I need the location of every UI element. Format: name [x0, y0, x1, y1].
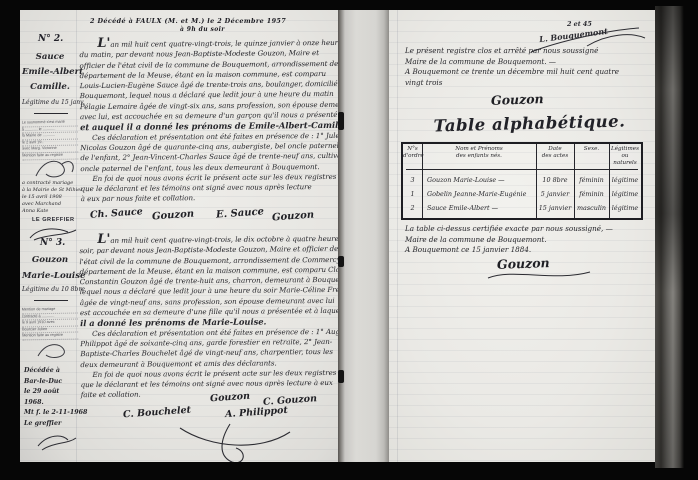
marriage-mention-stamp-act2: Le susnommé s'est mariéà ............ le… [22, 120, 79, 161]
act3-margin-legitime: Légitime du 10 8bre [22, 286, 85, 293]
header-line-1: N°s [403, 146, 422, 153]
closure-signature: Gouzon [491, 91, 544, 108]
cell-order-number: 1 [403, 190, 422, 198]
header-line-1: Sexe. [574, 146, 609, 153]
signature-act2-2: Gouzon [152, 209, 195, 223]
cell-sex: féminin [574, 176, 609, 184]
act3-margin-name-line: Gouzon [22, 252, 78, 268]
closure-line: Le présent registre clos et arrêté par n… [405, 46, 649, 57]
header-line-2: des actes [536, 153, 574, 160]
death-annotation-act2: 2 Décédé à FAULX (M. et M.) le 2 Décembr… [90, 17, 286, 25]
signature-flourish-large [170, 422, 300, 462]
alphabetical-table: N°s d'ordre Nom et Prénoms des enfants n… [401, 142, 643, 220]
table-header-cell: Nom et Prénoms des enfants nés. [422, 146, 536, 168]
register-closure-statement: Le présent registre clos et arrêté par n… [405, 46, 649, 88]
marriage-note-line: avec Marchand [22, 201, 80, 208]
cell-legitimacy: légitime [609, 176, 641, 184]
binding-stitch [338, 112, 344, 130]
death-note-line: Le greffier [24, 419, 82, 430]
table-title: Table alphabétique. [427, 111, 632, 135]
act2-body: L'an mil huit cent quatre-vingt-trois, l… [79, 37, 340, 205]
act-line: à eux par nous faite et collation. [81, 192, 340, 205]
cell-act-date: 15 janvier [536, 204, 574, 212]
table-header-cell: Légitimes ou naturels [609, 146, 641, 168]
death-annotation-line2: à 9h du soir [180, 26, 225, 33]
cell-child-name: Gobelin Jeanne-Marie-Eugénie [422, 190, 536, 198]
cell-sex: féminin [574, 190, 609, 198]
act3-margin-number: N° 3. [40, 238, 65, 248]
marriage-note-act2: a contracté mariageà la Mairie de St Mih… [22, 180, 80, 215]
act2-margin-name-line: Camille. [22, 80, 78, 95]
signature-act3-1: Gouzon [210, 391, 251, 405]
death-note-line: Décédée à [24, 366, 82, 377]
marriage-mention-stamp-act3: Mention de mariagecontracté à ..........… [22, 307, 79, 341]
signature-underline-flourish [484, 266, 594, 284]
cell-order-number: 3 [403, 176, 422, 184]
header-line-1: Légitimes [609, 146, 641, 153]
death-annotation-line1: Décédé à FAULX (M. et M.) le 2 Décembre … [97, 17, 286, 25]
left-page: 2 Décédé à FAULX (M. et M.) le 2 Décembr… [20, 10, 340, 462]
signature-act3-3: C. Bouchelet [123, 405, 192, 421]
table-row: 1 Gobelin Jeanne-Marie-Eugénie 5 janvier… [403, 187, 641, 201]
act2-margin-names: SauceEmile-AlbertCamille. [22, 50, 78, 95]
closure-line: Maire de la commune de Bouquemont. — [405, 57, 649, 68]
signature-act2-4: Gouzon [272, 210, 315, 224]
table-header-cell: N°s d'ordre [403, 146, 422, 168]
margin-underline [34, 113, 68, 114]
act2-margin-name-line: Sauce [22, 50, 78, 65]
greffier-label: LE GREFFIER [32, 217, 74, 223]
closure-line: A Bouquemont ce trente un décembre mil h… [405, 67, 649, 78]
death-note-line: Mt f. le 2-11-1968 [24, 408, 82, 419]
header-line-1: Date [536, 146, 574, 153]
death-note-signature-flourish [34, 430, 78, 454]
certification-line: Maire de la commune de Bouquemont. [405, 235, 649, 246]
closure-line: vingt trois [405, 78, 649, 89]
death-note-act3: Décédée àBar-le-Ducle 29 août1968.Mt f. … [24, 366, 82, 429]
act2-margin-name-line: Emile-Albert [22, 65, 78, 80]
marriage-note-line: à la Mairie de St Mihiel [22, 187, 80, 194]
act3-margin-name-line: Marie-Louise [22, 268, 78, 284]
cell-act-date: 5 janvier [536, 190, 574, 198]
cell-act-date: 10 8bre [536, 176, 574, 184]
table-row: 3 Gouzon Marie-Louise — 10 8bre féminin … [403, 173, 641, 187]
act2-margin-number: N° 2. [38, 34, 63, 44]
binding-strip [655, 6, 684, 468]
cell-legitimacy: légitime [609, 190, 641, 198]
marriage-note-line: a contracté mariage [22, 180, 80, 187]
death-note-line: le 29 août [24, 387, 82, 398]
signature-act2-3: E. Sauce [216, 206, 265, 220]
death-annotation-prefix: 2 [90, 17, 95, 25]
margin-rule [397, 10, 398, 462]
table-row: 2 Sauce Emile-Albert — 15 janvier mascul… [403, 201, 641, 215]
scanned-register-spread: 2 Décédé à FAULX (M. et M.) le 2 Décembr… [0, 0, 698, 480]
header-line-2: d'ordre [403, 153, 422, 160]
act3-margin-names: GouzonMarie-Louise [22, 252, 78, 284]
table-body: 3 Gouzon Marie-Louise — 10 8bre féminin … [403, 173, 641, 215]
certification-line: A Bouquemont ce 15 janvier 1884. [405, 245, 649, 256]
cell-sex: masculin [574, 204, 609, 212]
right-page: 2 et 45 L. Bouquemont Le présent registr… [389, 10, 656, 462]
marriage-note-line: le 15 avril 1908 [22, 194, 80, 201]
certification-line: La table ci-dessus certifiée exacte par … [405, 224, 649, 235]
binding-stitch [338, 256, 344, 267]
paraph-flourish [36, 340, 76, 362]
cell-order-number: 2 [403, 204, 422, 212]
cell-child-name: Sauce Emile-Albert — [422, 204, 536, 212]
marriage-note-line: Anna Kate [22, 208, 80, 215]
table-header-cell: Sexe. [574, 146, 609, 168]
death-note-line: Bar-le-Duc [24, 377, 82, 388]
table-header-row: N°s d'ordre Nom et Prénoms des enfants n… [403, 146, 641, 168]
table-certification-statement: La table ci-dessus certifiée exacte par … [405, 224, 649, 256]
death-note-line: 1968. [24, 398, 82, 409]
act3-body: L'an mil huit cent quatre-vingt-trois, l… [79, 233, 340, 401]
header-line-2: des enfants nés. [422, 153, 536, 160]
signature-act3-4: A. Philippot [225, 405, 288, 420]
act2-margin-legitime: Légitime du 15 janv. [22, 99, 85, 106]
cell-legitimacy: légitime [609, 204, 641, 212]
binding-stitch [338, 370, 344, 383]
cell-child-name: Gouzon Marie-Louise — [422, 176, 536, 184]
margin-underline [34, 300, 68, 301]
page-gutter [338, 10, 389, 462]
signature-act2-1: Ch. Sauce [90, 206, 143, 221]
table-header-rule [406, 169, 638, 170]
table-header-cell: Date des actes [536, 146, 574, 168]
paraph-flourish [34, 156, 78, 182]
header-line-2: ou naturels [609, 153, 641, 167]
